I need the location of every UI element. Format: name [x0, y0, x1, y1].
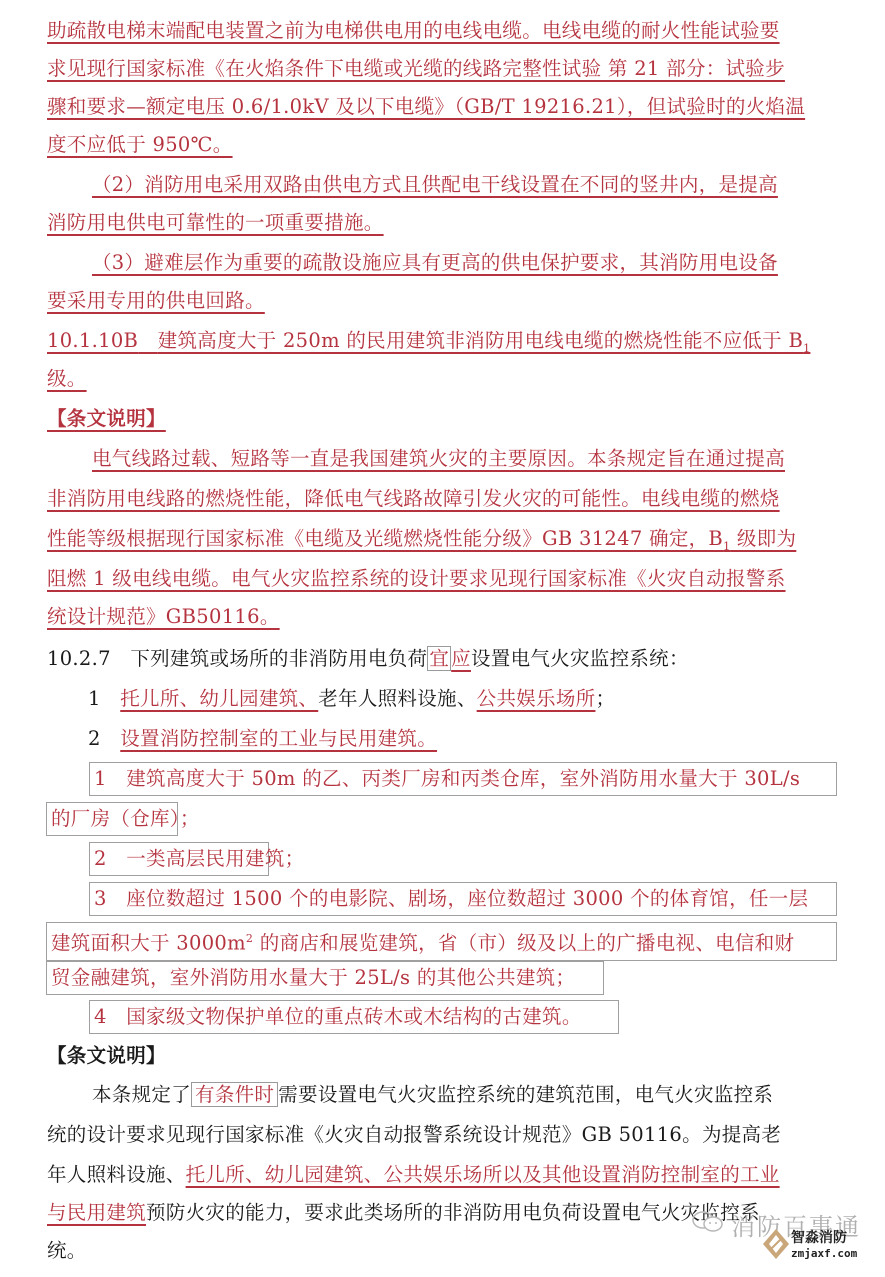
clause-10-1-10b: 10.1.10B 建筑高度大于 250m 的民用建筑非消防用电线电缆的燃烧性能不…	[47, 328, 810, 362]
document-page: 助疏散电梯末端配电装置之前为电梯供电用的电线电缆。电线电缆的耐火性能试验要 求见…	[0, 0, 885, 1277]
wechat-icon	[691, 1209, 725, 1241]
deleted-item-continuation: 的厂房（仓库）；	[46, 802, 178, 836]
text-segment: 年人照料设施、	[47, 1163, 186, 1186]
text-segment: 级即为	[730, 527, 796, 550]
text-segment: 国家级文物保护单位的重点砖木或木结构的古建筑。	[126, 1005, 581, 1028]
watermark: 消防百事通 智淼消防 zmjaxf.com	[691, 1207, 871, 1267]
text-line: 年人照料设施、托儿所、幼儿园建筑、公共娱乐场所以及其他设置消防控制室的工业	[47, 1162, 780, 1188]
explanation-heading: 【条文说明】	[47, 1043, 166, 1069]
subscript: 1	[803, 342, 810, 355]
inserted-text: 托儿所、幼儿园建筑、公共娱乐场所以及其他设置消防控制室的工业	[186, 1163, 780, 1186]
text-line: 消防用电供电可靠性的一项重要措施。	[47, 210, 384, 236]
text-segment: 设置电气火灾监控系统：	[471, 647, 689, 670]
clause-10-2-7: 10.2.7 下列建筑或场所的非消防用电负荷宜应设置电气火灾监控系统：	[47, 646, 689, 672]
text-segment: 本条规定了	[92, 1083, 191, 1106]
list-item: 2 设置消防控制室的工业与民用建筑。	[88, 726, 437, 752]
text-line: 级。	[47, 366, 87, 392]
text-segment: 老年人照料设施、	[318, 687, 476, 710]
item-number: 1	[94, 767, 107, 790]
text-line: 统的设计要求见现行国家标准《火灾自动报警系统设计规范》GB 50116。为提高老	[47, 1122, 781, 1148]
deleted-item-continuation: 建筑面积大于 3000m2 的商店和展览建筑，省（市）级及以上的广播电视、电信和…	[46, 922, 837, 961]
text-line: 非消防用电线路的燃烧性能，降低电气线路故障引发火灾的可能性。电线电缆的燃烧	[47, 486, 780, 512]
deleted-item: 3 座位数超过 1500 个的电影院、剧场，座位数超过 3000 个的体育馆，任…	[89, 882, 837, 916]
inserted-text: 公共娱乐场所	[477, 687, 596, 710]
inserted-text: 托儿所、幼儿园建筑、	[120, 687, 318, 710]
text-line: 统设计规范》GB50116。	[47, 604, 280, 630]
deleted-item-continuation: 贸金融建筑，室外消防用水量大于 25L/s 的其他公共建筑；	[46, 961, 604, 995]
boxed-phrase: 有条件时	[191, 1082, 278, 1107]
text-segment: 建筑高度大于 50m 的乙、丙类厂房和丙类仓库，室外消防用水量大于 30L/s	[126, 767, 800, 790]
list-item: 1 托儿所、幼儿园建筑、老年人照料设施、公共娱乐场所；	[88, 686, 615, 712]
text-segment: 一类高层民用建筑；	[126, 847, 304, 870]
explanation-heading: 【条文说明】	[47, 406, 166, 432]
clause-text: 建筑高度大于 250m 的民用建筑非消防用电线电缆的燃烧性能不应低于 B	[158, 329, 803, 352]
item-number: 1	[88, 687, 101, 710]
text-line: 本条规定了有条件时需要设置电气火灾监控系统的建筑范围，电气火灾监控系	[92, 1082, 773, 1108]
watermark-url: zmjaxf.com	[791, 1247, 857, 1260]
text-line: 要采用专用的供电回路。	[47, 288, 265, 314]
item-number: 2	[94, 847, 107, 870]
inserted-word: 应	[451, 647, 471, 670]
text-line: （3）避难层作为重要的疏散设施应具有更高的供电保护要求，其消防用电设备	[92, 250, 778, 276]
text-segment: 预防火灾的能力，要求此类场所的非消防用电负荷设置电气火灾监控系	[146, 1201, 760, 1224]
item-number: 2	[88, 727, 101, 750]
deleted-word-box: 宜	[427, 646, 451, 671]
text-line: 与民用建筑预防火灾的能力，要求此类场所的非消防用电负荷设置电气火灾监控系	[47, 1200, 760, 1226]
text-line: 电气线路过载、短路等一直是我国建筑火灾的主要原因。本条规定旨在通过提高	[92, 446, 785, 472]
text-segment: 座位数超过 1500 个的电影院、剧场，座位数超过 3000 个的体育馆，任一层	[126, 887, 808, 910]
text-line: 阻燃 1 级电线电缆。电气火灾监控系统的设计要求见现行国家标准《火灾自动报警系	[47, 566, 786, 592]
deleted-item: 1 建筑高度大于 50m 的乙、丙类厂房和丙类仓库，室外消防用水量大于 30L/…	[89, 762, 837, 796]
text-line: 求见现行国家标准《在火焰条件下电缆或光缆的线路完整性试验 第 21 部分：试验步	[47, 56, 785, 82]
item-number: 3	[94, 887, 107, 910]
clause-number: 10.2.7	[47, 647, 111, 670]
deleted-item: 2 一类高层民用建筑；	[89, 842, 269, 876]
text-line: （2）消防用电采用双路由供电方式且供配电干线设置在不同的竖井内，是提高	[92, 172, 778, 198]
inserted-text: 与民用建筑	[47, 1201, 146, 1224]
clause-number: 10.1.10B	[47, 329, 138, 352]
text-segment: ；	[595, 687, 615, 710]
deleted-item: 4 国家级文物保护单位的重点砖木或木结构的古建筑。	[89, 1000, 619, 1034]
text-segment: 需要设置电气火灾监控系统的建筑范围，电气火灾监控系	[278, 1083, 773, 1106]
text-line: 度不应低于 950℃。	[47, 132, 233, 158]
inserted-text: 设置消防控制室的工业与民用建筑。	[120, 727, 437, 750]
text-segment: 建筑面积大于 3000m	[51, 932, 246, 955]
text-segment: 下列建筑或场所的非消防用电负荷	[130, 647, 427, 670]
text-line: 统。	[47, 1238, 87, 1264]
watermark-brand: 智淼消防	[791, 1227, 847, 1247]
item-number: 4	[94, 1005, 107, 1028]
text-segment: 性能等级根据现行国家标准《电缆及光缆燃烧性能分级》GB 31247 确定，B	[47, 527, 723, 550]
text-line: 性能等级根据现行国家标准《电缆及光缆燃烧性能分级》GB 31247 确定，B1 …	[47, 526, 796, 560]
text-line: 骤和要求—额定电压 0.6/1.0kV 及以下电缆》（GB/T 19216.21…	[47, 94, 805, 120]
brand-logo-icon	[763, 1229, 789, 1259]
text-line: 助疏散电梯末端配电装置之前为电梯供电用的电线电缆。电线电缆的耐火性能试验要	[47, 18, 780, 44]
text-segment: 的商店和展览建筑，省（市）级及以上的广播电视、电信和财	[253, 932, 794, 955]
